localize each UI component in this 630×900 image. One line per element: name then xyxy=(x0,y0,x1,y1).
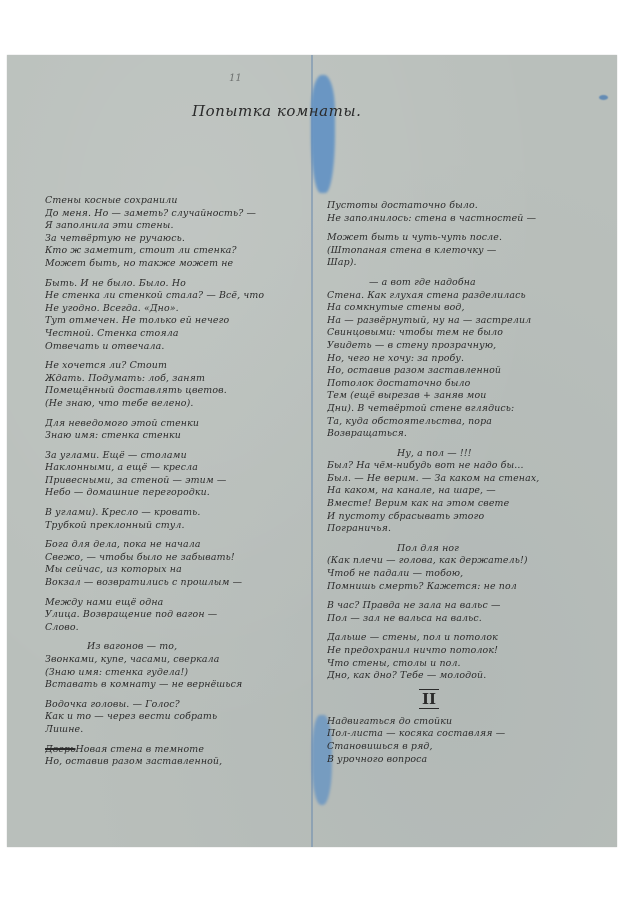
verse-line: Тем (ещё вырезав + заняв мои xyxy=(327,390,611,403)
verse-line: Дальше — стены, пол и потолок xyxy=(327,632,611,645)
stanza: Пол для ног (Как плечи — голова, как дер… xyxy=(327,543,611,593)
right-column: Пустоты достаточно было. Не заполнилось:… xyxy=(327,200,611,773)
verse-line: Стена. Как глухая стена разделилась xyxy=(327,290,611,303)
struck-out-word: Дверь xyxy=(45,744,75,755)
stanza: Быть. И не было. Было. Но Не стенка ли с… xyxy=(45,278,309,354)
verse-line: (Не знаю, что тебе велено). xyxy=(45,398,309,411)
verse-line: Слово. xyxy=(45,622,309,635)
stanza: Водочка головы. — Голос? Как и то — чере… xyxy=(45,699,309,737)
verse-line: Дни). В четвёртой стене вглядись: xyxy=(327,403,611,416)
page-number: 11 xyxy=(229,73,242,84)
verse-line: Бога для дела, пока не начала xyxy=(45,539,309,552)
verse-line: Ждать. Подумать: лоб, занят xyxy=(45,373,309,386)
stanza: ДверьНовая стена в темноте Но, оставив р… xyxy=(45,744,309,769)
verse-line: Мы сейчас, из которых на xyxy=(45,564,309,577)
verse-line: На каком, на канале, на шаре, — xyxy=(327,485,611,498)
verse-line: Улица. Возвращение под вагон — xyxy=(45,609,309,622)
verse-line: Увидеть — в стену прозрачную, xyxy=(327,340,611,353)
verse-line: Не хочется ли? Стоит xyxy=(45,360,309,373)
verse-line: Наклонными, а ещё — кресла xyxy=(45,462,309,475)
verse-line: Возвращаться. xyxy=(327,428,611,441)
stanza: — а вот где надобна Стена. Как глухая ст… xyxy=(327,277,611,441)
verse-line: Та, куда обстоятельства, пора xyxy=(327,416,611,429)
verse-line: Не угодно. Всегда. «Дно». xyxy=(45,303,309,316)
verse-line: И пустоту сбрасывать этого xyxy=(327,511,611,524)
stanza: Пустоты достаточно было. Не заполнилось:… xyxy=(327,200,611,225)
verse-line: Не заполнилось: стена в частностей — xyxy=(327,213,611,226)
verse-line: Но, чего не хочу: за пробу. xyxy=(327,353,611,366)
verse-line: Может быть и чуть-чуть после. xyxy=(327,232,611,245)
stanza: Может быть и чуть-чуть после. (Штопаная … xyxy=(327,232,611,270)
verse-line: Водочка головы. — Голос? xyxy=(45,699,309,712)
verse-line-text: Новая стена в темноте xyxy=(75,744,204,755)
verse-line: ДверьНовая стена в темноте xyxy=(45,744,309,757)
verse-line: Становишься в ряд, xyxy=(327,741,611,754)
verse-line: Но, оставив разом заставленной, xyxy=(45,756,309,769)
stanza: За углами. Ещё — столами Наклонными, а е… xyxy=(45,450,309,500)
verse-line: Может быть, но также может не xyxy=(45,258,309,271)
verse-line: Быть. И не было. Было. Но xyxy=(45,278,309,291)
verse-line: Кто ж заметит, стоит ли стенка? xyxy=(45,245,309,258)
stanza: Из вагонов — то, Звонками, купе, часами,… xyxy=(45,641,309,691)
stanza: Бога для дела, пока не начала Свежо, — ч… xyxy=(45,539,309,589)
verse-line: Отвечать и отвечала. xyxy=(45,341,309,354)
verse-line: Дно, как дно? Тебе — молодой. xyxy=(327,670,611,683)
verse-line: Звонками, купе, часами, сверкала xyxy=(45,654,309,667)
blue-ink-spot xyxy=(599,95,608,100)
verse-line: Знаю имя: стенка стенки xyxy=(45,430,309,443)
verse-line: Пограничья. xyxy=(327,523,611,536)
stanza: В углами). Кресло — кровать. Трубкой пре… xyxy=(45,507,309,532)
stanza: В час? Правда не зала на вальс — Пол — з… xyxy=(327,600,611,625)
verse-line: Вставать в комнату — не вернёшься xyxy=(45,679,309,692)
verse-line: Лишне. xyxy=(45,724,309,737)
verse-line: За четвёртую не ручаюсь. xyxy=(45,233,309,246)
blue-crayon-mark-top xyxy=(311,75,335,193)
verse-line: (Как плечи — голова, как держатель!) xyxy=(327,555,611,568)
verse-line: Шар). xyxy=(327,257,611,270)
section-number: II xyxy=(419,689,439,709)
verse-line: Я заполнила эти стены. xyxy=(45,220,309,233)
verse-line: Был. — Не верим. — За каком на стенах, xyxy=(327,473,611,486)
stanza: Дальше — стены, пол и потолок Не предохр… xyxy=(327,632,611,682)
verse-line: Небо — домашние перегородки. xyxy=(45,487,309,500)
verse-line: Помещённый доставлять цветов. xyxy=(45,385,309,398)
verse-line: В час? Правда не зала на вальс — xyxy=(327,600,611,613)
verse-line: Но, оставив разом заставленной xyxy=(327,365,611,378)
verse-line: Пустоты достаточно было. xyxy=(327,200,611,213)
verse-line: Помнишь смерть? Кажется: не пол xyxy=(327,581,611,594)
verse-line: За углами. Ещё — столами xyxy=(45,450,309,463)
verse-line: Чтоб не падали — тобою, xyxy=(327,568,611,581)
verse-line: Свинцовыми: чтобы тем не было xyxy=(327,327,611,340)
verse-line: (Знаю имя: стенка гудела!) xyxy=(45,667,309,680)
section-marker-roman-numeral: II xyxy=(327,690,611,708)
verse-line: Надвигаться до стойки xyxy=(327,716,611,729)
verse-line: На — развёрнутый, ну на — застрелил xyxy=(327,315,611,328)
verse-line: Честной. Стенка стояла xyxy=(45,328,309,341)
left-column: Стены косные сохранили До меня. Но — зам… xyxy=(45,195,309,776)
verse-line: Как и то — через вести собрать xyxy=(45,711,309,724)
verse-line: Из вагонов — то, xyxy=(45,641,309,654)
stanza: Стены косные сохранили До меня. Но — зам… xyxy=(45,195,309,271)
manuscript-title: Попытка комнаты. xyxy=(192,102,361,120)
verse-line: В углами). Кресло — кровать. xyxy=(45,507,309,520)
stanza: Ну, а пол — !!! Был? На чём-нибудь вот н… xyxy=(327,448,611,536)
verse-line: Пол — зал не вальса на вальс. xyxy=(327,613,611,626)
verse-line: Тут отмечен. Не только ей нечего xyxy=(45,315,309,328)
verse-line: — а вот где надобна xyxy=(327,277,611,290)
verse-line: Ну, а пол — !!! xyxy=(327,448,611,461)
verse-line: Вокзал — возвратились с прошлым — xyxy=(45,577,309,590)
verse-line: Вместе! Верим как на этом свете xyxy=(327,498,611,511)
verse-line: Потолок достаточно было xyxy=(327,378,611,391)
verse-line: Трубкой преклонный стул. xyxy=(45,520,309,533)
verse-line: Не предохранил ничто потолок! xyxy=(327,645,611,658)
verse-line: Не стенка ли стенкой стала? — Всё, что xyxy=(45,290,309,303)
verse-line: Свежо, — чтобы было не забывать! xyxy=(45,552,309,565)
stanza: Между нами ещё одна Улица. Возвращение п… xyxy=(45,597,309,635)
stanza: Надвигаться до стойки Пол-листа — косяка… xyxy=(327,716,611,766)
verse-line: (Штопаная стена в клеточку — xyxy=(327,245,611,258)
verse-line: Что стены, столы и пол. xyxy=(327,658,611,671)
verse-line: Между нами ещё одна xyxy=(45,597,309,610)
verse-line: Пол для ног xyxy=(327,543,611,556)
verse-line: Для неведомого этой стенки xyxy=(45,418,309,431)
verse-line: До меня. Но — заметь? случайность? — xyxy=(45,208,309,221)
verse-line: Стены косные сохранили xyxy=(45,195,309,208)
verse-line: На сомкнутые стены вод, xyxy=(327,302,611,315)
verse-line: Был? На чём-нибудь вот не надо бы... xyxy=(327,460,611,473)
verse-line: Привесными, за стеной — этим — xyxy=(45,475,309,488)
stanza: Не хочется ли? Стоит Ждать. Подумать: ло… xyxy=(45,360,309,410)
verse-line: Пол-листа — косяка составляя — xyxy=(327,728,611,741)
manuscript-page: 11 Попытка комнаты. Стены косные сохрани… xyxy=(7,55,617,847)
stanza: Для неведомого этой стенки Знаю имя: сте… xyxy=(45,418,309,443)
verse-line: В урочного вопроса xyxy=(327,754,611,767)
